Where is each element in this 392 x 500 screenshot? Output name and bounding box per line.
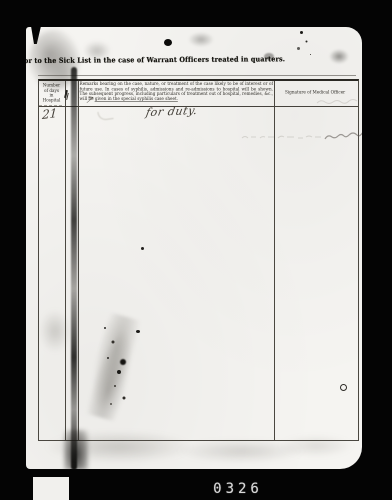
film-frame-number: 0326 bbox=[198, 481, 278, 497]
ring-mark bbox=[340, 384, 347, 391]
document-page: or to the Sick List in the case of Warra… bbox=[26, 27, 362, 469]
faint-pencil-wave bbox=[316, 97, 362, 107]
ink-speck bbox=[141, 247, 144, 250]
header-remarks-label: Remarks bearing on the case, nature, or … bbox=[78, 81, 274, 101]
ink-specks bbox=[300, 31, 303, 34]
page-title: or to the Sick List in the case of Warra… bbox=[26, 54, 318, 65]
handwritten-remark: for duty. bbox=[145, 104, 199, 119]
table-top-rule bbox=[38, 75, 356, 76]
binding-shadow bbox=[71, 67, 77, 469]
handwritten-days-value: 21 bbox=[42, 106, 58, 122]
ink-blot bbox=[164, 39, 172, 46]
column-divider bbox=[65, 81, 66, 440]
speckle-dots bbox=[104, 327, 106, 329]
scan-smudge bbox=[188, 32, 214, 47]
column-divider bbox=[78, 81, 79, 440]
faint-stamp-artifact bbox=[240, 129, 362, 145]
scan-smudge bbox=[44, 431, 194, 463]
scan-smudge bbox=[329, 49, 349, 64]
ink-speck bbox=[120, 359, 126, 365]
header-remarks: Remarks bearing on the case, nature, or … bbox=[78, 81, 274, 106]
header-signature-label: Signature of Medical Officer bbox=[274, 90, 356, 95]
header-days-in-hospital: Number of days in Hospital bbox=[39, 81, 65, 106]
scan-smudge bbox=[278, 435, 354, 457]
next-page-corner bbox=[33, 477, 69, 500]
microfilm-scan-frame: or to the Sick List in the case of Warra… bbox=[0, 0, 392, 500]
header-days-label: Number of days in Hospital bbox=[39, 83, 64, 103]
scan-smudge bbox=[39, 309, 71, 353]
header-remarks-underlined: given in the special syphilis case sheet… bbox=[95, 96, 178, 101]
